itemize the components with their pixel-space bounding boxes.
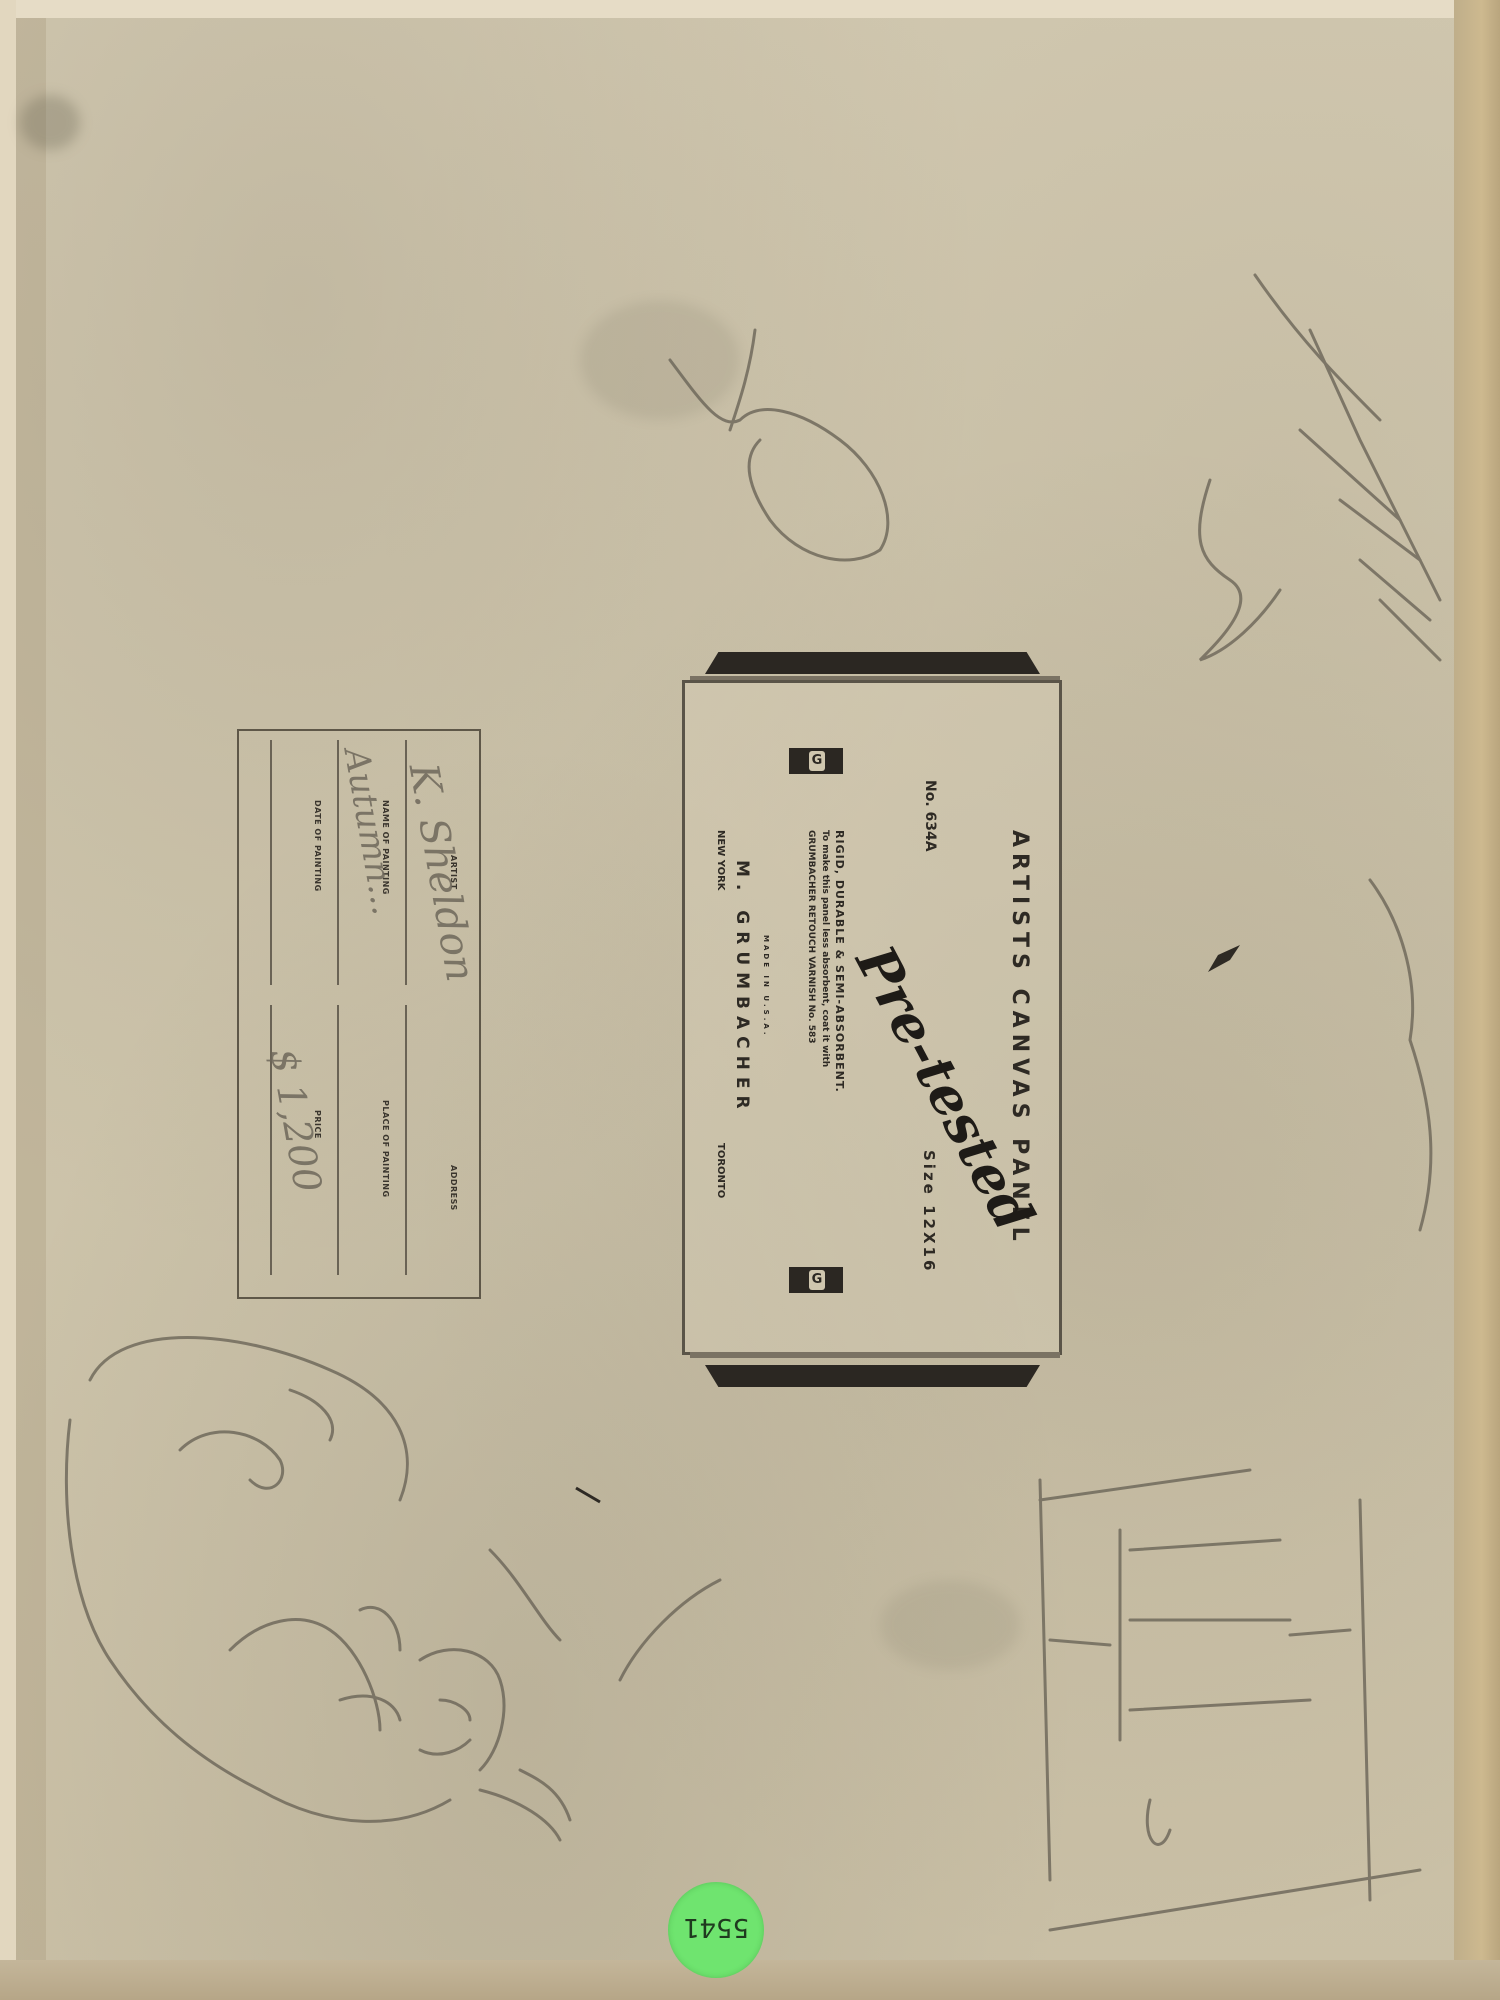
sticker-number: 5541 — [668, 1912, 764, 1942]
label-description-line2: To make this panel less absorbent, coat … — [820, 830, 830, 1067]
stain — [880, 1580, 1020, 1670]
form-line — [337, 740, 339, 985]
form-label-address: ADDRESS — [449, 1165, 458, 1211]
form-line — [337, 1005, 339, 1275]
grumbacher-logo-icon — [789, 748, 843, 774]
form-label-date-of-painting: DATE OF PAINTING — [313, 800, 322, 892]
label-size: Size 12X16 — [920, 1150, 938, 1273]
label-bottom-bar — [705, 1365, 1040, 1387]
label-city-right: TORONTO — [715, 1143, 726, 1198]
inventory-sticker: 5541 — [668, 1882, 764, 1978]
form-line — [270, 740, 272, 985]
label-top-bar — [705, 652, 1040, 674]
label-description-line3: GRUMBACHER RETOUCH VARNISH No. 583 — [806, 830, 816, 1044]
label-bottom-strip — [690, 1352, 1060, 1358]
label-city-left: NEW YORK — [715, 830, 726, 891]
label-made-in: MADE IN U.S.A. — [762, 935, 770, 1038]
form-line — [270, 1005, 272, 1275]
grumbacher-logo-icon — [789, 1267, 843, 1293]
board-edge-top — [0, 0, 1500, 18]
label-brand: M. GRUMBACHER — [732, 860, 752, 1116]
form-line — [405, 1005, 407, 1275]
board-edge-right — [1454, 0, 1500, 2000]
label-number: No. 634A — [922, 780, 938, 852]
board-edge-left — [0, 0, 16, 2000]
form-label-place-of-painting: PLACE OF PAINTING — [381, 1100, 390, 1198]
stain — [580, 300, 740, 420]
board-edge-bottom — [0, 1960, 1500, 2000]
label-description-line1: RIGID, DURABLE & SEMI-ABSORBENT. — [833, 830, 846, 1093]
stain — [20, 95, 80, 150]
